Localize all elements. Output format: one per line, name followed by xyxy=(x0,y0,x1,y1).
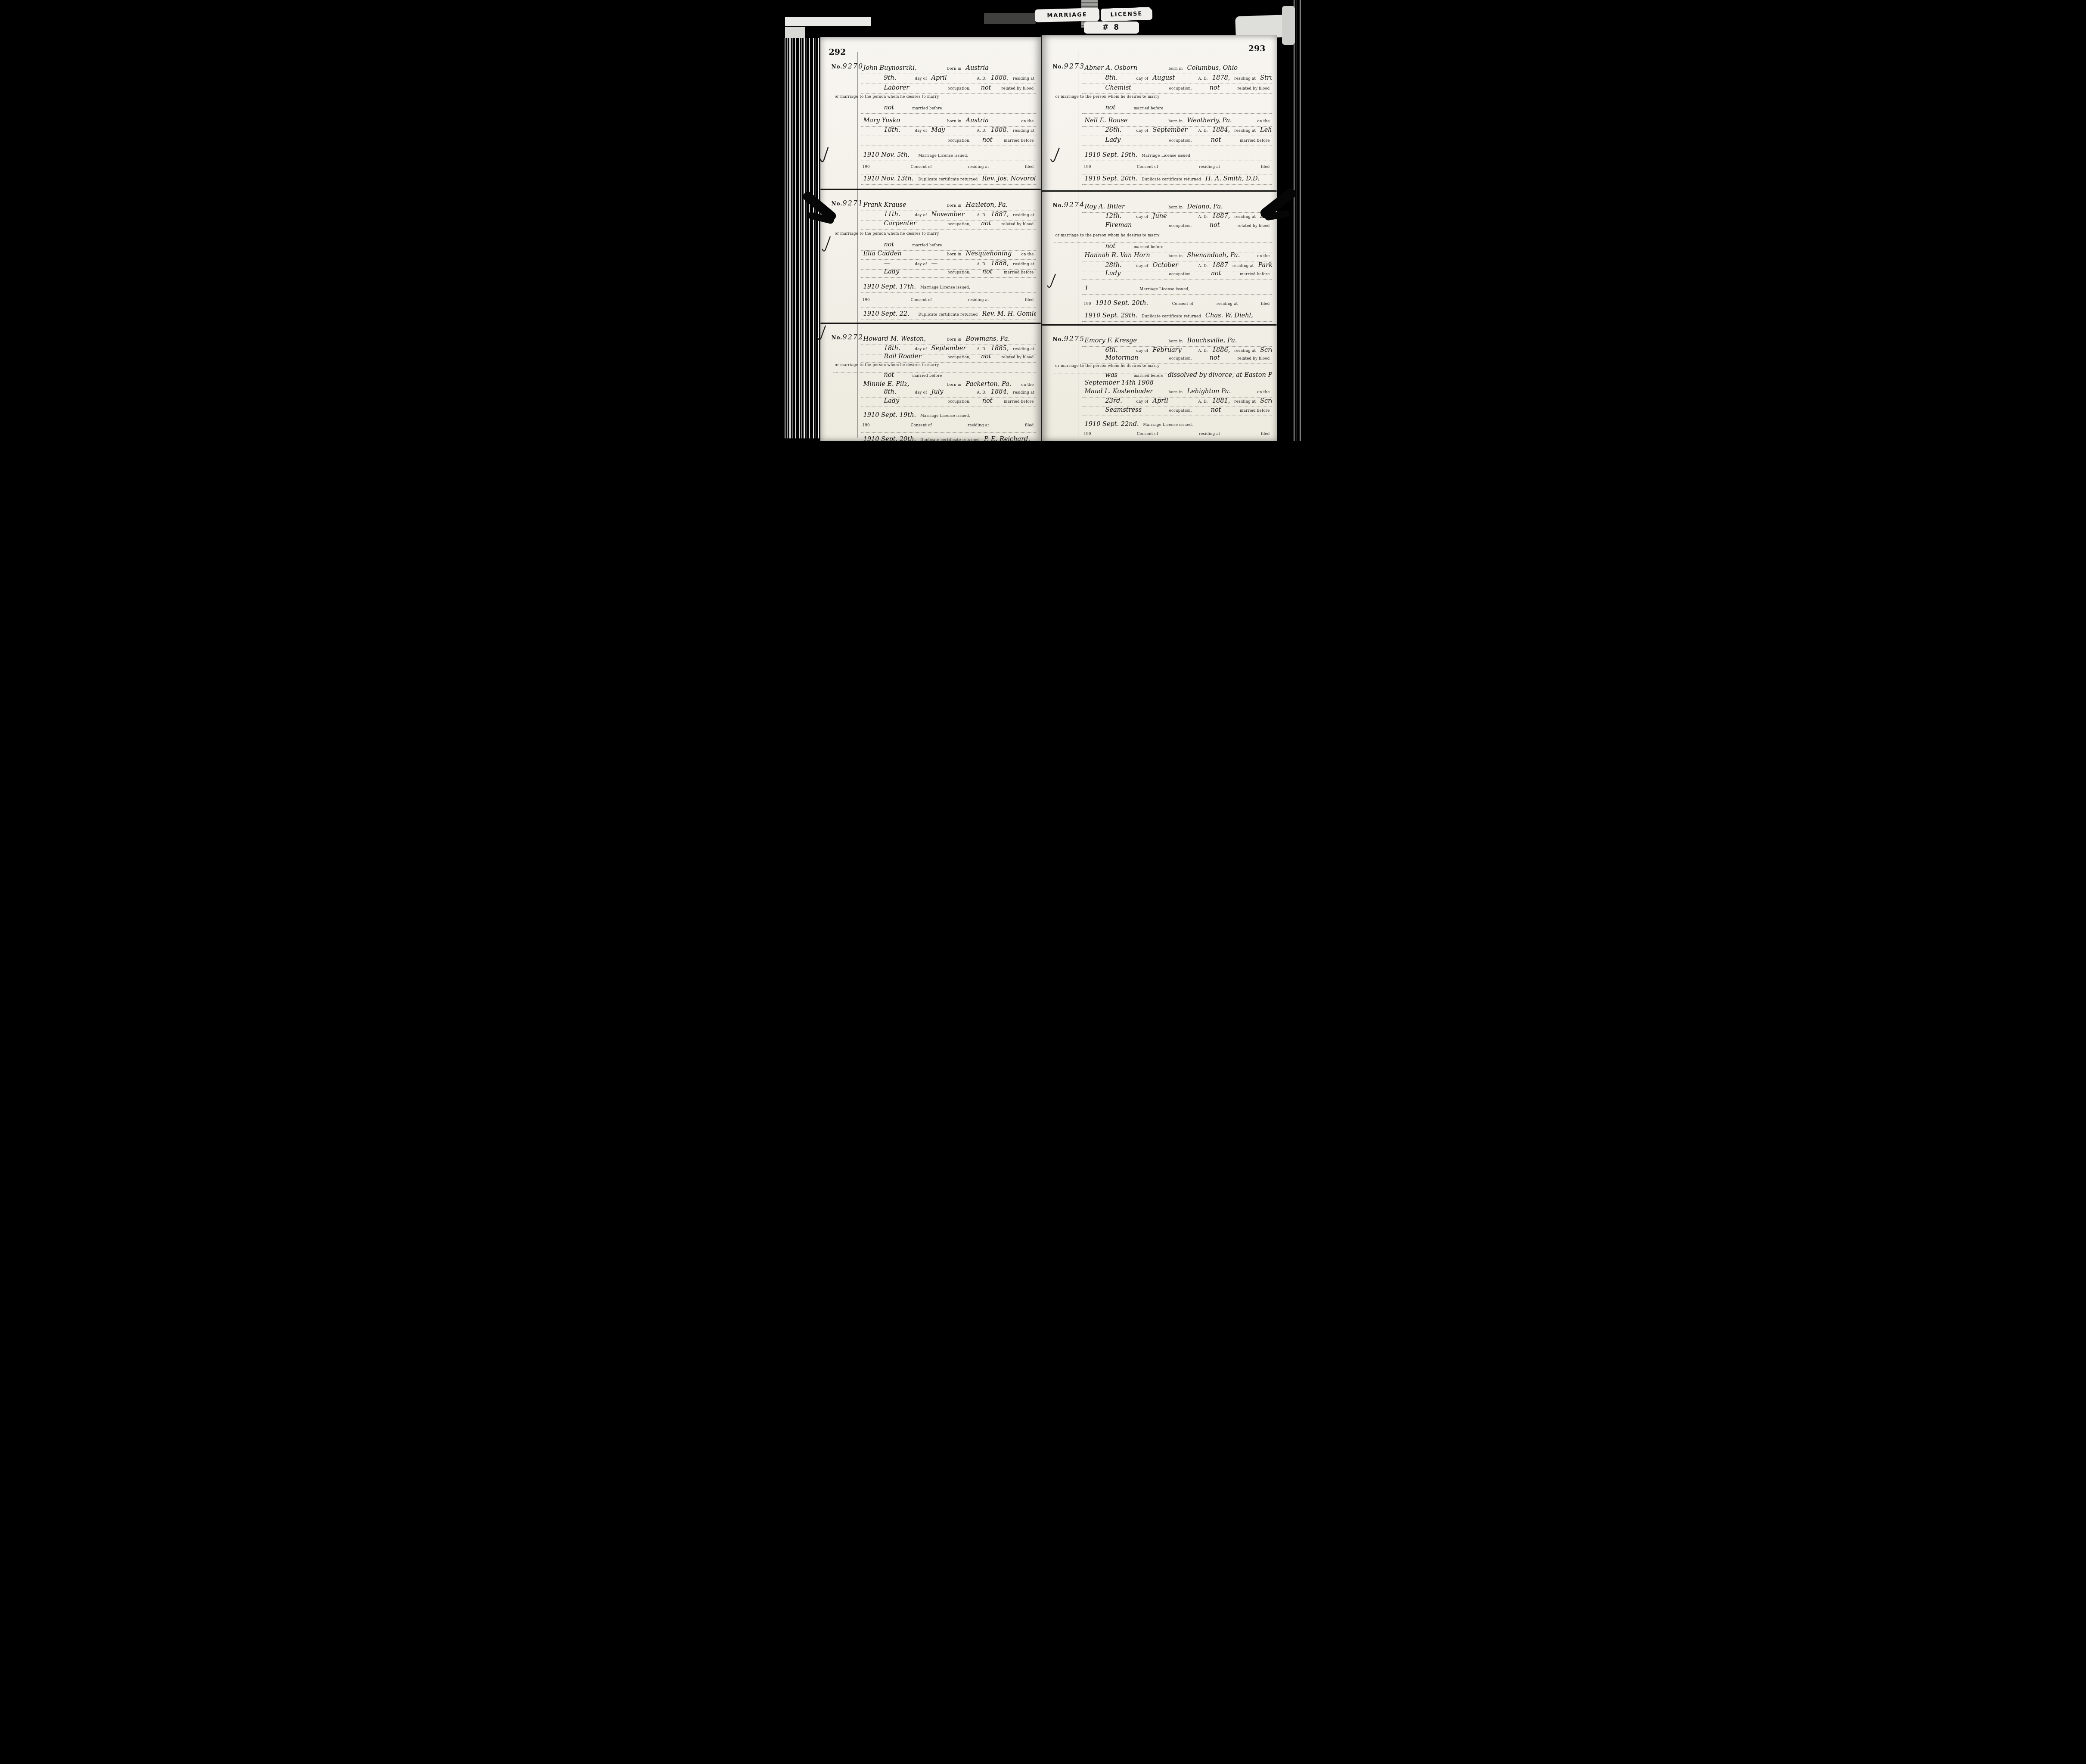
residing-at-label: residing at xyxy=(966,423,991,428)
bride-occupation-row: Lady occupation, not married before xyxy=(861,268,1036,278)
married-before-label: married before xyxy=(1132,374,1165,378)
residing-at-label: residing at xyxy=(1011,391,1035,395)
license-issued-date: 1910 Sept. 22nd. xyxy=(1082,421,1142,428)
occupation-label: occupation, xyxy=(1167,272,1194,276)
bride-occupation: Lady xyxy=(882,268,946,275)
record-9272: No.9272 Howard M. Weston, born in Bowman… xyxy=(820,324,1041,441)
license-issued-row: 1910 Sept. 17th. Marriage License issued… xyxy=(861,283,1036,293)
license-issued-label: Marriage License issued, xyxy=(919,414,972,418)
related-value: not xyxy=(1194,222,1236,229)
ad-label: A. D. xyxy=(1197,264,1210,268)
license-issued-date: 1 xyxy=(1082,285,1138,292)
filed-label: filed xyxy=(1023,165,1036,169)
groom-birthplace: Hazleton, Pa. xyxy=(963,202,1011,208)
consent-of-label: Consent of xyxy=(909,165,934,169)
on-the-label: on the xyxy=(1255,254,1271,258)
bride-birthplace: Austria xyxy=(963,117,991,124)
check-mark-icon xyxy=(816,324,827,342)
license-issued-row: 1 Marriage License issued, xyxy=(1082,285,1272,295)
bride-birthplace: Lehighton Pa. xyxy=(1185,388,1234,395)
groom-birthdate-row: 11th. day of November A. D. 1887, residi… xyxy=(861,211,1036,220)
residing-at-label: residing at xyxy=(1232,349,1257,353)
born-in-label: born in xyxy=(946,204,963,208)
bride-name: Maud L. Kostenbader xyxy=(1082,388,1167,395)
residing-at-label: residing at xyxy=(1011,213,1035,217)
consent-year-prefix: 190 xyxy=(1082,165,1093,169)
groom-name-row: Howard M. Weston, born in Bowmans, Pa. xyxy=(861,335,1036,345)
bride-birthdate-row: 18th. day of May A. D. 1888, residing at… xyxy=(861,127,1036,136)
ad-label: A. D. xyxy=(975,129,988,133)
occupation-label: occupation, xyxy=(1167,87,1194,91)
card-license-text: LICENSE xyxy=(1110,10,1142,18)
born-in-label: born in xyxy=(1167,390,1185,394)
record-number: No.9272 xyxy=(832,333,864,341)
bride-birth-day: 26th. xyxy=(1103,127,1135,134)
consent-of-label: Consent of xyxy=(909,298,934,302)
bride-birthdate-row: 23rd. day of April A. D. 1881, residing … xyxy=(1082,398,1272,407)
groom-birthplace: Bowmans, Pa. xyxy=(963,335,1013,342)
filed-label: filed xyxy=(1259,432,1272,436)
residing-at-label: residing at xyxy=(1011,77,1035,81)
bride-married-before-value: not xyxy=(1194,407,1238,413)
no-label: No. xyxy=(1053,64,1064,70)
or-marriage-row: or marriage to the person whom he desire… xyxy=(1054,95,1272,104)
groom-name-row: John Buynosrzki, born in Austria xyxy=(861,65,1036,74)
occupation-label: occupation, xyxy=(1167,224,1194,228)
bride-occupation: Lady xyxy=(1103,270,1167,277)
consent-year-prefix: 190 xyxy=(861,423,872,428)
groom-occupation-row: Chemist occupation, not related by blood xyxy=(1082,84,1272,94)
occupation-label: occupation, xyxy=(946,355,972,360)
bride-birth-year: 1888, xyxy=(988,127,1012,134)
groom-birthplace: Austria xyxy=(963,65,991,71)
day-of-label: day of xyxy=(1135,129,1150,133)
record-number: No.9270 xyxy=(832,62,864,70)
label-card-license: LICENSE xyxy=(1100,7,1152,22)
ad-label: A. D. xyxy=(975,347,988,351)
groom-name: John Buynosrzki, xyxy=(861,65,946,71)
label-card-marriage: MARRIAGE xyxy=(1034,8,1099,22)
residing-at-label: residing at xyxy=(966,165,991,169)
license-issued-label: Marriage License issued, xyxy=(919,286,972,290)
born-in-label: born in xyxy=(1167,67,1185,71)
groom-birth-year: 1887, xyxy=(988,211,1012,218)
groom-birth-day: 6th. xyxy=(1103,347,1135,354)
bride-birth-year: 1887 xyxy=(1210,262,1231,269)
license-issued-row: 1910 Sept. 19th. Marriage License issued… xyxy=(1082,152,1272,161)
consent-date: 1910 Sept. 20th. xyxy=(1093,300,1151,307)
license-issued-row: 1910 Sept. 22nd. Marriage License issued… xyxy=(1082,421,1272,430)
or-marriage-label: or marriage to the person whom he desire… xyxy=(1054,95,1161,99)
on-the-label: on the xyxy=(1019,119,1035,124)
or-marriage-label: or marriage to the person whom he desire… xyxy=(1054,233,1161,238)
occupation-label: occupation, xyxy=(1167,139,1194,143)
no-label: No. xyxy=(832,201,843,207)
record-number: No.9273 xyxy=(1053,62,1085,70)
no-label: No. xyxy=(1053,202,1064,208)
born-in-label: born in xyxy=(1167,119,1185,124)
consent-of-label: Consent of xyxy=(1135,165,1160,169)
groom-birth-year: 1887, xyxy=(1210,213,1233,220)
bride-birth-year: 1884, xyxy=(988,388,1012,395)
check-mark-icon xyxy=(1046,271,1057,289)
scanned-register-photo: MARRIAGE LICENSE # 8 292 No.9270 John Bu… xyxy=(782,0,1304,441)
license-issued-date: 1910 Sept. 19th. xyxy=(1082,152,1140,158)
binding-tape-shadow xyxy=(984,13,1036,24)
duplicate-returned-by: H. A. Smith, D.D. xyxy=(1203,175,1262,182)
groom-birth-year: 1885, xyxy=(988,345,1012,352)
bride-occupation-row: Lady occupation, not married before xyxy=(861,398,1036,407)
license-issued-date: 1910 Nov. 5th. xyxy=(861,152,917,158)
bride-birth-month: May xyxy=(929,127,975,134)
license-issued-row: 1910 Sept. 19th. Marriage License issued… xyxy=(861,412,1036,421)
groom-occupation-row: Motorman occupation, not related by bloo… xyxy=(1082,354,1272,364)
groom-birth-day: 9th. xyxy=(882,75,913,81)
groom-occupation-row: Rail Roader occupation, not related by b… xyxy=(861,353,1036,363)
groom-married-before-row: not married before xyxy=(861,241,1036,251)
born-in-label: born in xyxy=(946,119,963,124)
groom-occupation: Rail Roader xyxy=(882,353,946,360)
bride-birth-year: 1888, xyxy=(988,260,1012,267)
bride-occupation: Lady xyxy=(1103,137,1167,143)
married-before-label: married before xyxy=(1132,245,1165,249)
bride-birth-year: 1881, xyxy=(1210,398,1233,404)
related-value: not xyxy=(972,220,1000,227)
consent-row: 190 Consent of residing at filed xyxy=(861,165,1036,174)
bride-married-before-value: not xyxy=(972,268,1002,275)
ad-label: A. D. xyxy=(1197,77,1210,81)
married-before-value: not xyxy=(1103,104,1132,111)
occupation-label: occupation, xyxy=(946,400,972,404)
film-blotch-top-right-2 xyxy=(1282,6,1295,45)
no-label: No. xyxy=(832,64,843,70)
record-number: No.9271 xyxy=(832,199,864,207)
bride-name: Nell E. Rouse xyxy=(1082,117,1167,124)
consent-year-prefix: 190 xyxy=(861,298,872,302)
ad-label: A. D. xyxy=(975,391,988,395)
born-in-label: born in xyxy=(1167,339,1185,344)
duplicate-row: 1910 Sept. 20th. Duplicate certificate r… xyxy=(1082,175,1272,185)
register-page-left: 292 No.9270 John Buynosrzki, born in Aus… xyxy=(820,37,1041,441)
married-before-label: married before xyxy=(911,106,944,111)
duplicate-returned-label: Duplicate certificate returned xyxy=(1140,177,1203,182)
bride-occupation-row: Lady occupation, not married before xyxy=(1082,137,1272,146)
consent-of-label: Consent of xyxy=(909,423,934,428)
residing-at-label: residing at xyxy=(1232,215,1257,219)
bride-birthplace: Packerton, Pa. xyxy=(963,381,1014,388)
groom-name: Howard M. Weston, xyxy=(861,335,946,342)
groom-birthdate-row: 12th. day of June A. D. 1887, residing a… xyxy=(1082,213,1272,222)
groom-birth-day: 11th. xyxy=(882,211,913,218)
bride-name: Mary Yusko xyxy=(861,117,946,124)
bride-birth-month: October xyxy=(1150,262,1197,269)
license-issued-label: Marriage License issued, xyxy=(1142,423,1195,427)
occupation-label: occupation, xyxy=(946,222,972,227)
card-marriage-text: MARRIAGE xyxy=(1047,11,1087,19)
book-page-edges-left xyxy=(783,38,820,438)
bride-occupation-row: Seamstress occupation, not married befor… xyxy=(1082,407,1272,416)
residing-at-label: residing at xyxy=(1197,432,1222,436)
duplicate-date: 1910 Sept. 22. xyxy=(861,311,917,317)
duplicate-returned-label: Duplicate certificate returned xyxy=(917,177,980,182)
duplicate-row: 1910 Sept. 22. Duplicate certificate ret… xyxy=(861,311,1036,320)
on-the-label: on the xyxy=(1255,119,1271,124)
consent-row: 190 Consent of residing at filed xyxy=(861,423,1036,433)
occupation-label: occupation, xyxy=(946,87,972,91)
filed-label: filed xyxy=(1023,298,1036,302)
bride-birth-year: 1884, xyxy=(1210,127,1233,134)
duplicate-date: 1910 Sept. 20th. xyxy=(861,436,919,441)
related-value: not xyxy=(972,353,1000,360)
bride-name-row: Nell E. Rouse born in Weatherly, Pa. on … xyxy=(1082,117,1272,127)
consent-row: 190 Consent of residing at filed xyxy=(861,298,1036,307)
day-of-label: day of xyxy=(913,347,929,351)
bride-birth-day: 23rd. xyxy=(1103,398,1135,404)
groom-occupation: Fireman xyxy=(1103,222,1167,229)
divorce-date-row: September 14th 1908 xyxy=(1082,379,1272,388)
groom-birth-month: April xyxy=(929,75,975,81)
married-before-note: dissolved by divorce, at Easton Pa. xyxy=(1165,372,1272,379)
bride-occupation-row: occupation, not married before xyxy=(861,137,1036,146)
ad-label: A. D. xyxy=(1197,215,1210,219)
groom-birth-year: 1886, xyxy=(1210,347,1233,354)
duplicate-row: 1910 Nov. 13th. Duplicate certificate re… xyxy=(861,175,1036,185)
bride-birthplace: Shenandoah, Pa. xyxy=(1185,252,1243,259)
or-marriage-label: or marriage to the person whom he desire… xyxy=(833,363,941,367)
groom-birthdate-row: 8th. day of August A. D. 1878, residing … xyxy=(1082,75,1272,84)
groom-name: Emory F. Kresge xyxy=(1082,337,1167,344)
bride-occupation: Lady xyxy=(882,398,946,404)
film-streak-top-left xyxy=(785,17,871,26)
groom-married-before-row: not married before xyxy=(1082,243,1272,252)
married-before-label: married before xyxy=(1002,400,1035,404)
groom-birth-day: 8th. xyxy=(1103,75,1135,81)
bride-name-row: Ella Cadden born in Nesquehoning on the xyxy=(861,250,1036,260)
born-in-label: born in xyxy=(946,383,963,387)
no-label: No. xyxy=(1053,336,1064,342)
groom-birth-month: August xyxy=(1150,75,1197,81)
filed-label: filed xyxy=(1023,423,1036,428)
born-in-label: born in xyxy=(946,252,963,257)
record-separator xyxy=(820,189,1041,190)
groom-occupation: Laborer xyxy=(882,84,946,91)
groom-birth-year: 1888, xyxy=(988,75,1012,81)
day-of-label: day of xyxy=(913,129,929,133)
film-streak-block xyxy=(785,27,805,38)
day-of-label: day of xyxy=(1135,264,1150,268)
duplicate-row: 1910 Sept. 29th. Duplicate certificate r… xyxy=(1082,312,1272,322)
day-of-label: day of xyxy=(1135,349,1150,353)
bride-name: Hannah R. Van Horn xyxy=(1082,252,1167,259)
duplicate-returned-by: Rev. Jos. Novorolsky xyxy=(979,175,1035,182)
groom-married-before-row: not married before xyxy=(1082,104,1272,114)
bride-residence: Park Place, Pa. xyxy=(1256,262,1272,269)
duplicate-returned-label: Duplicate certificate returned xyxy=(917,313,980,317)
or-marriage-row: or marriage to the person whom he desire… xyxy=(833,95,1036,104)
residing-at-label: residing at xyxy=(1011,129,1035,133)
bride-name-row: Hannah R. Van Horn born in Shenandoah, P… xyxy=(1082,252,1272,261)
groom-birth-day: 12th. xyxy=(1103,213,1135,220)
day-of-label: day of xyxy=(913,77,929,81)
day-of-label: day of xyxy=(1135,400,1150,404)
groom-occupation: Motorman xyxy=(1103,354,1167,361)
groom-residence: Scranton xyxy=(1257,347,1271,354)
on-the-label: on the xyxy=(1019,252,1035,257)
record-number: No.9274 xyxy=(1053,201,1085,209)
ad-label: A. D. xyxy=(1197,349,1210,353)
related-by-blood-label: related by blood xyxy=(1235,357,1271,361)
consent-of-label: Consent of xyxy=(1170,302,1195,306)
groom-name-row: Roy A. Bitler born in Delano, Pa. xyxy=(1082,203,1272,213)
occupation-label: occupation, xyxy=(1167,409,1194,413)
married-before-value: not xyxy=(882,372,911,379)
married-before-label: married before xyxy=(911,374,944,378)
occupation-label: occupation, xyxy=(1167,357,1194,361)
married-before-value: not xyxy=(882,241,911,248)
groom-birthplace: Bauchsville, Pa. xyxy=(1185,337,1240,344)
related-by-blood-label: related by blood xyxy=(1000,87,1035,91)
groom-residence: Struthers, Ohio. xyxy=(1257,75,1271,81)
on-the-label: on the xyxy=(1019,383,1035,387)
groom-name-row: Abner A. Osborn born in Columbus, Ohio xyxy=(1082,65,1272,74)
occupation-label: occupation, xyxy=(946,139,972,143)
groom-name: Abner A. Osborn xyxy=(1082,65,1167,71)
day-of-label: day of xyxy=(1135,77,1150,81)
bride-occupation: Seamstress xyxy=(1103,407,1167,413)
bride-birth-month: July xyxy=(929,388,975,395)
bride-residence: Lehighton, Pa. xyxy=(1257,127,1271,134)
page-number-right: 293 xyxy=(1248,44,1266,53)
groom-birth-day: 18th. xyxy=(882,345,913,352)
married-before-label: married before xyxy=(1238,409,1271,413)
day-of-label: day of xyxy=(913,262,929,267)
ad-label: A. D. xyxy=(975,262,988,267)
related-by-blood-label: related by blood xyxy=(1235,87,1271,91)
bride-birth-day: 28th. xyxy=(1103,262,1135,269)
married-before-value: not xyxy=(882,104,911,111)
bride-married-before-value: not xyxy=(1194,270,1238,277)
bride-name-row: Maud L. Kostenbader born in Lehighton Pa… xyxy=(1082,388,1272,398)
groom-occupation: Chemist xyxy=(1103,84,1167,91)
born-in-label: born in xyxy=(1167,254,1185,258)
bride-married-before-value: not xyxy=(1194,137,1238,143)
occupation-label: occupation, xyxy=(946,270,972,275)
groom-birth-month: November xyxy=(929,211,975,218)
born-in-label: born in xyxy=(946,338,963,342)
consent-of-label: Consent of xyxy=(1135,432,1160,436)
check-mark-icon xyxy=(820,235,832,253)
related-by-blood-label: related by blood xyxy=(1000,222,1035,227)
residing-at-label: residing at xyxy=(966,298,991,302)
ad-label: A. D. xyxy=(1197,400,1210,404)
groom-birth-year: 1878, xyxy=(1210,75,1233,81)
bride-birth-day: 8th. xyxy=(882,388,913,395)
bride-birthplace: Weatherly, Pa. xyxy=(1185,117,1235,124)
consent-row: 190 Consent of residing at filed xyxy=(1082,165,1272,174)
ad-label: A. D. xyxy=(1197,129,1210,133)
groom-married-before-row: not married before xyxy=(861,372,1036,381)
residing-at-label: residing at xyxy=(1232,129,1257,133)
check-mark-icon xyxy=(819,146,830,164)
consent-year-prefix: 190 xyxy=(1082,302,1093,306)
related-by-blood-label: related by blood xyxy=(1235,224,1271,228)
residing-at-label: residing at xyxy=(1231,264,1256,268)
ad-label: A. D. xyxy=(975,213,988,217)
groom-name: Roy A. Bitler xyxy=(1082,203,1167,210)
bride-birthplace: Nesquehoning xyxy=(963,250,1015,257)
duplicate-returned-label: Duplicate certificate returned xyxy=(1140,314,1203,319)
bride-birthdate-row: 26th. day of September A. D. 1884, resid… xyxy=(1082,127,1272,136)
consent-year-prefix: 190 xyxy=(861,165,872,169)
groom-married-before-row: not married before xyxy=(861,104,1036,114)
duplicate-returned-label: Duplicate certificate returned xyxy=(919,438,981,441)
divorce-date: September 14th 1908 xyxy=(1082,379,1156,386)
consent-row: 190 1910 Sept. 20th. Consent of residing… xyxy=(1082,300,1272,309)
card-number-text: # 8 xyxy=(1102,23,1120,32)
bride-birth-day: 18th. xyxy=(882,127,913,134)
record-9271: No.9271 Frank Krause born in Hazleton, P… xyxy=(820,190,1041,325)
related-by-blood-label: related by blood xyxy=(1000,355,1035,360)
bride-name: Ella Cadden xyxy=(861,250,946,257)
record-9270: No.9270 John Buynosrzki, born in Austria… xyxy=(820,54,1041,189)
record-9274: No.9274 Roy A. Bitler born in Delano, Pa… xyxy=(1042,192,1277,326)
no-label: No. xyxy=(832,335,843,341)
groom-occupation-row: Fireman occupation, not related by blood xyxy=(1082,222,1272,231)
related-value: not xyxy=(1194,354,1236,361)
or-marriage-label: or marriage to the person whom he desire… xyxy=(1054,364,1161,368)
groom-birthplace: Delano, Pa. xyxy=(1185,203,1226,210)
bride-name-row: Mary Yusko born in Austria on the xyxy=(861,117,1036,127)
record-9273: No.9273 Abner A. Osborn born in Columbus… xyxy=(1042,54,1277,189)
bride-name: Minnie E. Pilz, xyxy=(861,381,946,388)
residing-at-label: residing at xyxy=(1215,302,1240,306)
consent-year-prefix: 190 xyxy=(1082,432,1093,436)
groom-name-row: Emory F. Kresge born in Bauchsville, Pa. xyxy=(1082,337,1272,347)
duplicate-date: 1910 Sept. 29th. xyxy=(1082,312,1140,319)
married-before-label: married before xyxy=(1132,106,1165,111)
residing-at-label: residing at xyxy=(1011,347,1035,351)
related-value: not xyxy=(972,84,1000,91)
license-issued-label: Marriage License issued, xyxy=(1138,287,1192,292)
married-before-value: not xyxy=(1103,243,1132,250)
or-marriage-label: or marriage to the person whom he desire… xyxy=(833,95,941,99)
married-before-label: married before xyxy=(1002,270,1035,275)
born-in-label: born in xyxy=(1167,205,1185,210)
duplicate-returned-by: Chas. W. Diehl, xyxy=(1203,312,1256,319)
or-marriage-row: or marriage to the person whom he desire… xyxy=(1054,233,1272,243)
duplicate-returned-by: P. E. Reichard, xyxy=(981,436,1033,441)
day-of-label: day of xyxy=(913,213,929,217)
groom-name-row: Frank Krause born in Hazleton, Pa. xyxy=(861,202,1036,211)
bride-birth-month: September xyxy=(1150,127,1197,134)
residing-at-label: residing at xyxy=(1232,400,1257,404)
groom-occupation-row: Carpenter occupation, not related by blo… xyxy=(861,220,1036,230)
license-issued-date: 1910 Sept. 19th. xyxy=(861,412,919,419)
groom-name: Frank Krause xyxy=(861,202,946,208)
on-the-label: on the xyxy=(1255,390,1271,394)
film-edge-right xyxy=(1292,0,1304,441)
groom-birthplace: Columbus, Ohio xyxy=(1185,65,1240,71)
or-marriage-label: or marriage to the person whom he desire… xyxy=(833,232,941,236)
consent-row: 190 Consent of residing at filed xyxy=(1082,432,1272,441)
license-issued-date: 1910 Sept. 17th. xyxy=(861,283,919,290)
groom-occupation: Carpenter xyxy=(882,220,946,227)
check-mark-icon xyxy=(1049,146,1061,164)
or-marriage-row: or marriage to the person whom he desire… xyxy=(833,232,1036,241)
bride-married-before-value: not xyxy=(972,137,1002,143)
married-before-label: married before xyxy=(1238,272,1271,276)
residing-at-label: residing at xyxy=(1197,165,1222,169)
